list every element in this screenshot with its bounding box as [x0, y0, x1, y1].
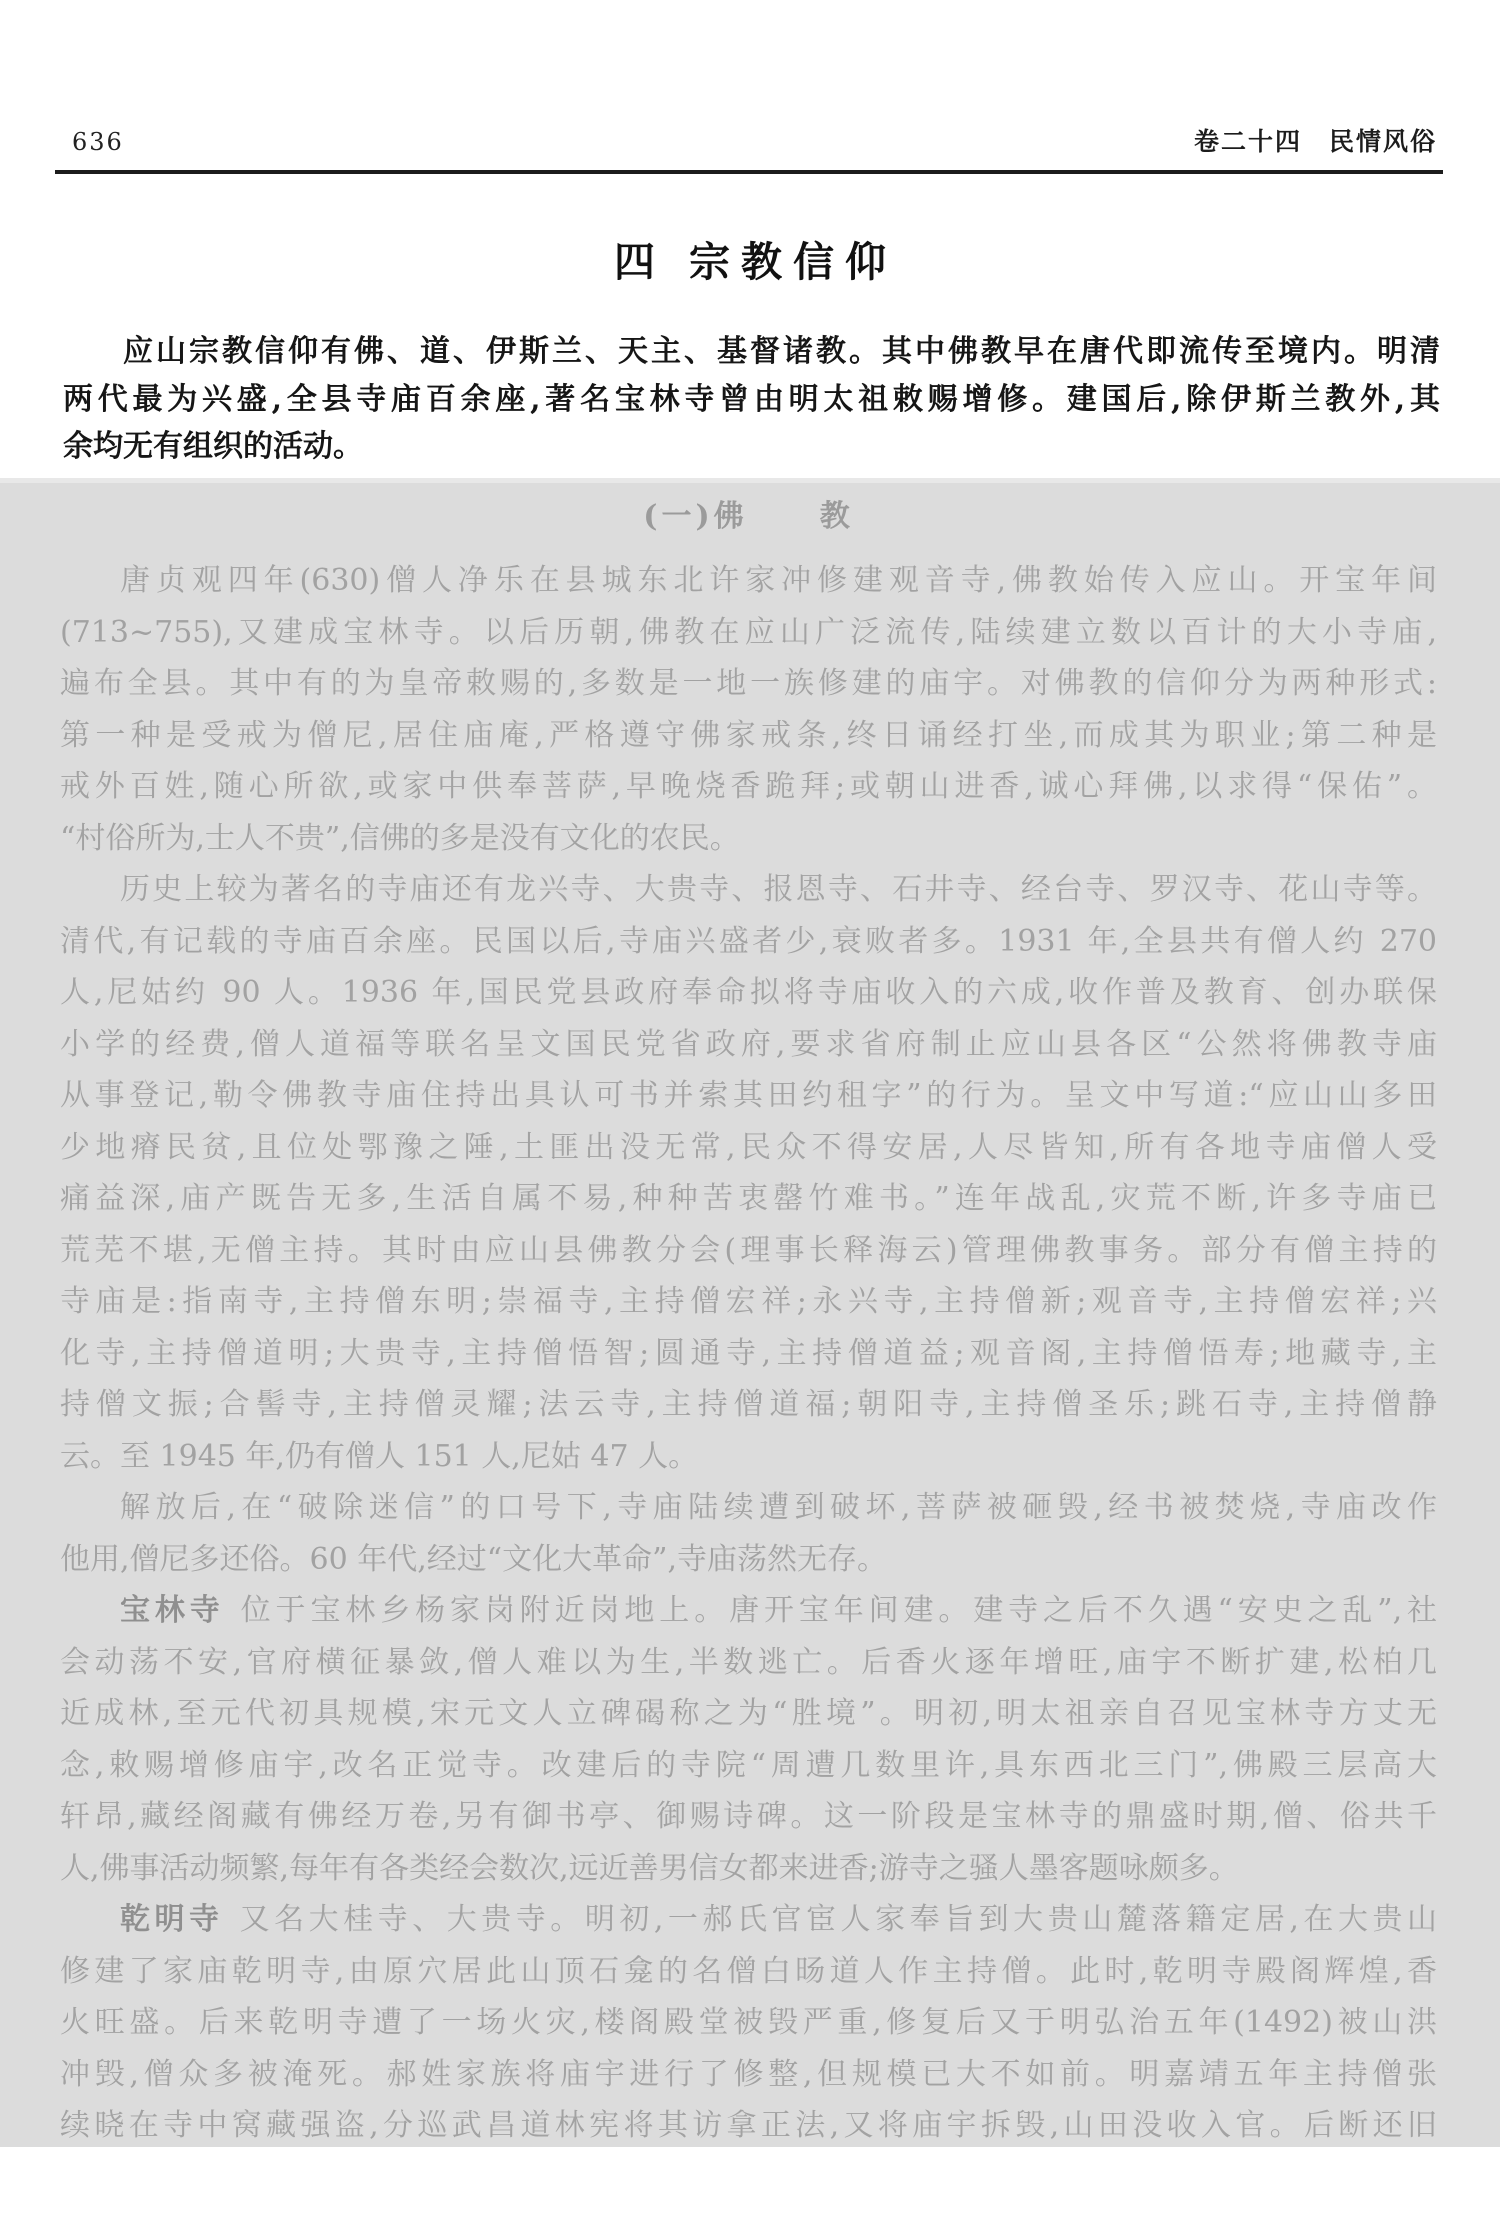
document-page: 636 卷二十四 民情风俗 四宗教信仰 应山宗教信仰有佛、道、伊斯兰、天主、基督… [0, 0, 1500, 2214]
line-text: 又名大桂寺、大贵寺。明初,一郝氏官宦人家奉旨到大贵山麓落籍定居,在大贵山 [240, 1902, 1437, 1937]
text-line: 从事登记,勒令佛教寺庙住持出具认可书并索其田约租字”的行为。呈文中写道:“应山山… [60, 1070, 1437, 1122]
title-text: 宗教信仰 [689, 238, 897, 286]
text-line: 宝林寺位于宝林乡杨家岗附近岗地上。唐开宝年间建。建寺之后不久遇“安史之乱”,社 [60, 1585, 1437, 1637]
text-line: 寺庙是:指南寺,主持僧东明;崇福寺,主持僧宏祥;永兴寺,主持僧新;观音寺,主持僧… [60, 1276, 1437, 1328]
text-line: 冲毁,僧众多被淹死。郝姓家族将庙宇进行了修整,但规模已大不如前。明嘉靖五年主持僧… [60, 2049, 1437, 2101]
text-line: 续晓在寺中窝藏强盗,分巡武昌道林宪将其访拿正法,又将庙宇拆毁,山田没收入官。后断… [60, 2100, 1437, 2147]
title-number: 四 [614, 238, 655, 286]
section-heading-right: 教 [820, 499, 854, 534]
text-line: 近成林,至元代初具规模,宋元文人立碑碣称之为“胜境”。明初,明太祖亲自召见宝林寺… [60, 1688, 1437, 1740]
page-title: 四宗教信仰 [0, 240, 1500, 284]
text-line: 轩昂,藏经阁藏有佛经万卷,另有御书亭、御赐诗碑。这一阶段是宝林寺的鼎盛时期,僧、… [60, 1791, 1437, 1843]
text-line: 乾明寺又名大桂寺、大贵寺。明初,一郝氏官宦人家奉旨到大贵山麓落籍定居,在大贵山 [60, 1894, 1437, 1946]
text-line: 清代,有记载的寺庙百余座。民国以后,寺庙兴盛者少,衰败者多。1931 年,全县共… [60, 916, 1437, 968]
section-body: 唐贞观四年(630)僧人净乐在县城东北许家冲修建观音寺,佛教始传入应山。开宝年间… [60, 555, 1437, 2147]
text-line: 念,敕赐增修庙宇,改名正觉寺。改建后的寺院“周遭几数里许,具东西北三门”,佛殿三… [60, 1740, 1437, 1792]
text-line: 会动荡不安,官府横征暴敛,僧人难以为生,半数逃亡。后香火逐年增旺,庙宇不断扩建,… [60, 1637, 1437, 1689]
intro-paragraph: 应山宗教信仰有佛、道、伊斯兰、天主、基督诸教。其中佛教早在唐代即流传至境内。明清… [63, 328, 1440, 471]
text-line: 荒芜不堪,无僧主持。其时由应山县佛教分会(理事长释海云)管理佛教事务。部分有僧主… [60, 1225, 1437, 1277]
text-line: (713~755),又建成宝林寺。以后历朝,佛教在应山广泛流传,陆续建立数以百计… [60, 607, 1437, 659]
text-line: 人,佛事活动频繁,每年有各类经会数次,远近善男信女都来进香;游寺之骚人墨客题咏颇… [60, 1843, 1437, 1895]
section-band: (一)佛教 唐贞观四年(630)僧人净乐在县城东北许家冲修建观音寺,佛教始传入应… [0, 478, 1500, 2147]
paragraph-baolin-temple: 宝林寺位于宝林乡杨家岗附近岗地上。唐开宝年间建。建寺之后不久遇“安史之乱”,社 … [60, 1585, 1437, 1894]
paragraph-buddhism-origin: 唐贞观四年(630)僧人净乐在县城东北许家冲修建观音寺,佛教始传入应山。开宝年间… [60, 555, 1437, 864]
paragraph-temples-history: 历史上较为著名的寺庙还有龙兴寺、大贵寺、报恩寺、石井寺、经台寺、罗汉寺、花山寺等… [60, 864, 1437, 1482]
text-line: 第一种是受戒为僧尼,居住庙庵,严格遵守佛家戒条,终日诵经打坐,而成其为职业;第二… [60, 710, 1437, 762]
text-line: 化寺,主持僧道明;大贵寺,主持僧悟智;圆通寺,主持僧道益;观音阁,主持僧悟寿;地… [60, 1328, 1437, 1380]
text-line: 唐贞观四年(630)僧人净乐在县城东北许家冲修建观音寺,佛教始传入应山。开宝年间 [60, 555, 1437, 607]
text-line: 他用,僧尼多还俗。60 年代,经过“文化大革命”,寺庙荡然无存。 [60, 1534, 1437, 1586]
text-line: 余均无有组织的活动。 [63, 423, 1440, 471]
section-heading: (一)佛教 [60, 502, 1437, 532]
text-line: 痛益深,庙产既告无多,生活自属不易,种种苦衷罄竹难书。”连年战乱,灾荒不断,许多… [60, 1173, 1437, 1225]
paragraph-qianming-temple: 乾明寺又名大桂寺、大贵寺。明初,一郝氏官宦人家奉旨到大贵山麓落籍定居,在大贵山 … [60, 1894, 1437, 2147]
text-line: 人,尼姑约 90 人。1936 年,国民党县政府奉命拟将寺庙收入的六成,收作普及… [60, 967, 1437, 1019]
text-line: 戒外百姓,随心所欲,或家中供奉菩萨,早晚烧香跪拜;或朝山进香,诚心拜佛,以求得“… [60, 761, 1437, 813]
text-line: 遍布全县。其中有的为皇帝敕赐的,多数是一地一族修建的庙宇。对佛教的信仰分为两种形… [60, 658, 1437, 710]
text-line: 历史上较为著名的寺庙还有龙兴寺、大贵寺、报恩寺、石井寺、经台寺、罗汉寺、花山寺等… [60, 864, 1437, 916]
header-rule [55, 170, 1443, 174]
temple-name-lead: 乾明寺 [120, 1902, 224, 1937]
section-band-content: (一)佛教 唐贞观四年(630)僧人净乐在县城东北许家冲修建观音寺,佛教始传入应… [0, 502, 1500, 2147]
paragraph-after-liberation: 解放后,在“破除迷信”的口号下,寺庙陆续遭到破坏,菩萨被砸毁,经书被焚烧,寺庙改… [60, 1482, 1437, 1585]
text-line: 修建了家庙乾明寺,由原穴居此山顶石龛的名僧白旸道人作主持僧。此时,乾明寺殿阁辉煌… [60, 1946, 1437, 1998]
line-text: 位于宝林乡杨家岗附近岗地上。唐开宝年间建。建寺之后不久遇“安史之乱”,社 [241, 1593, 1437, 1628]
text-line: 小学的经费,僧人道福等联名呈文国民党省政府,要求省府制止应山县各区“公然将佛教寺… [60, 1019, 1437, 1071]
chapter-header: 卷二十四 民情风俗 [1194, 128, 1437, 156]
section-heading-left: (一)佛 [643, 499, 747, 534]
text-line: 火旺盛。后来乾明寺遭了一场火灾,楼阁殿堂被毁严重,修复后又于明弘治五年(1492… [60, 1997, 1437, 2049]
text-line: 少地瘠民贫,且位处鄂豫之陲,土匪出没无常,民众不得安居,人尽皆知,所有各地寺庙僧… [60, 1122, 1437, 1174]
text-line: 两代最为兴盛,全县寺庙百余座,著名宝林寺曾由明太祖敕赐增修。建国后,除伊斯兰教外… [63, 376, 1440, 424]
text-line: 云。至 1945 年,仍有僧人 151 人,尼姑 47 人。 [60, 1431, 1437, 1483]
text-line: 持僧文振;合髻寺,主持僧灵耀;法云寺,主持僧道福;朝阳寺,主持僧圣乐;跳石寺,主… [60, 1379, 1437, 1431]
text-line: “村俗所为,士人不贵”,信佛的多是没有文化的农民。 [60, 813, 1437, 865]
temple-name-lead: 宝林寺 [120, 1593, 225, 1628]
text-line: 解放后,在“破除迷信”的口号下,寺庙陆续遭到破坏,菩萨被砸毁,经书被焚烧,寺庙改… [60, 1482, 1437, 1534]
text-line: 应山宗教信仰有佛、道、伊斯兰、天主、基督诸教。其中佛教早在唐代即流传至境内。明清 [63, 328, 1440, 376]
page-number: 636 [72, 128, 124, 156]
